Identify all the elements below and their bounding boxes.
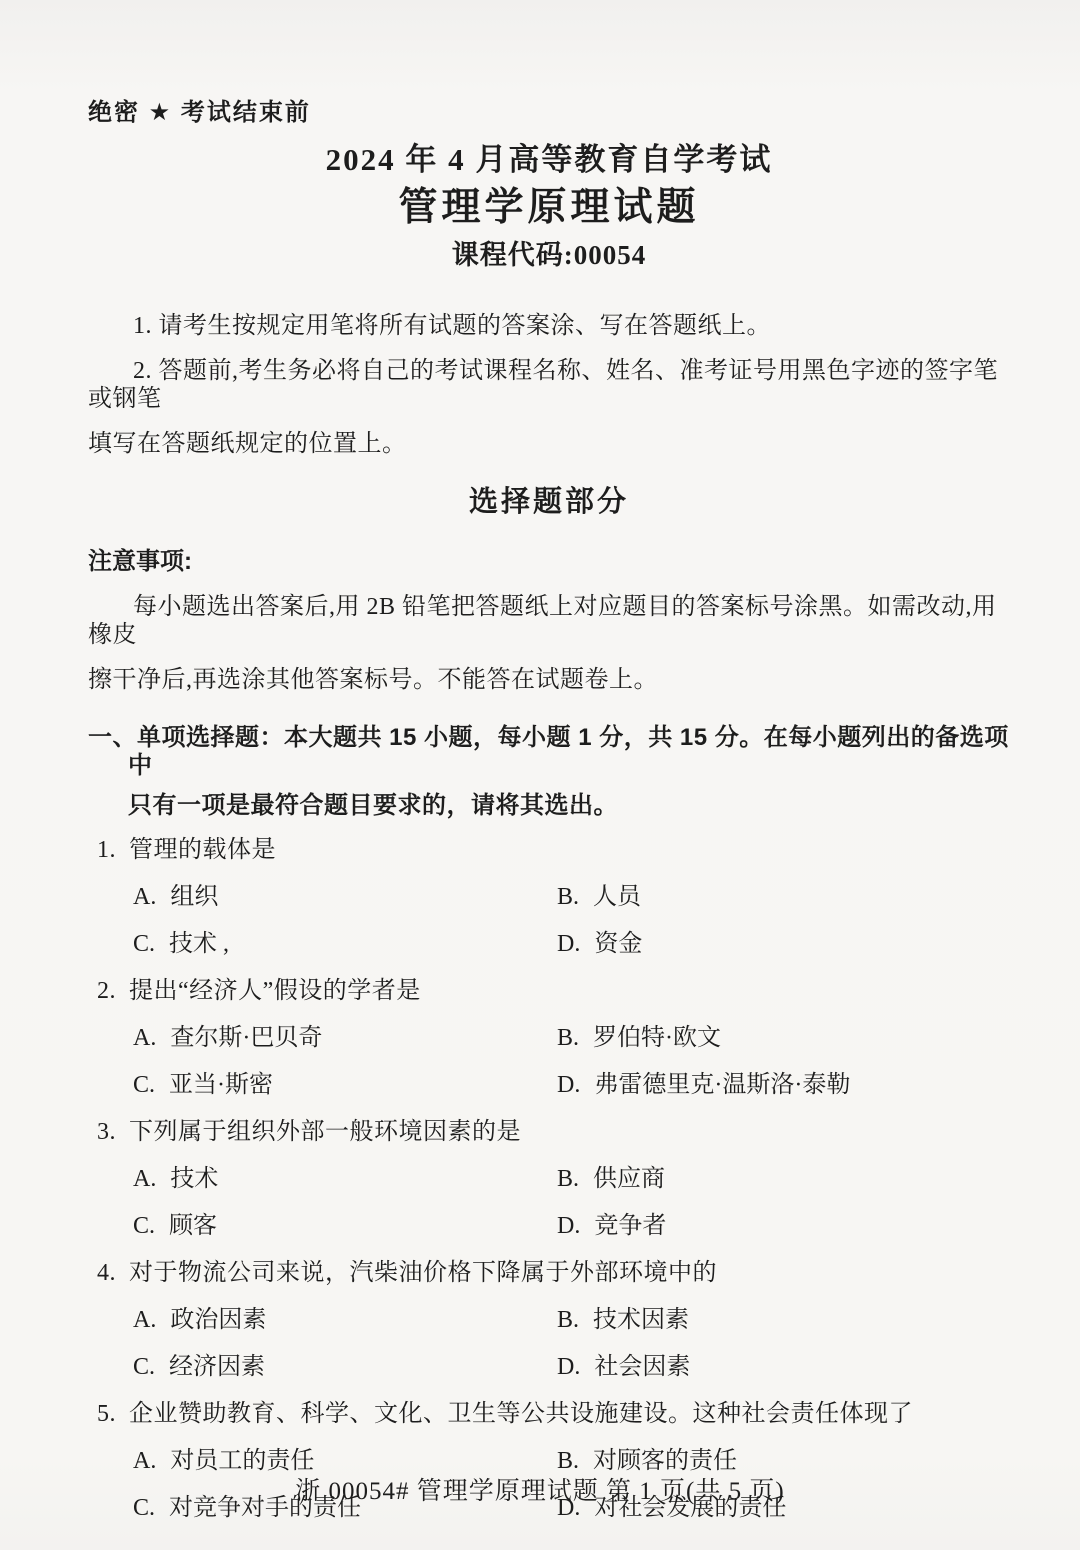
paper-title: 管理学原理试题 <box>88 182 1010 234</box>
question-1-title: 1.管理的载体是 <box>88 836 1010 864</box>
option-letter: B. <box>557 1166 579 1192</box>
question-5-option-a: A.对员工的责任 <box>133 1447 557 1475</box>
option-text: 经济因素 <box>169 1354 265 1380</box>
option-text: 顾客 <box>169 1213 217 1239</box>
option-letter: B. <box>557 1025 579 1051</box>
question-text: 企业赞助教育、科学、文化、卫生等公共设施建设。这种社会责任体现了 <box>129 1401 913 1427</box>
option-letter: A. <box>133 1025 156 1051</box>
option-text: 亚当·斯密 <box>169 1072 273 1098</box>
option-letter: B. <box>557 1448 579 1474</box>
question-4-option-b: B.技术因素 <box>557 1306 1010 1334</box>
question-4-options-ab: A.政治因素 B.技术因素 <box>88 1306 1010 1334</box>
option-text: 弗雷德里克·温斯洛·泰勒 <box>594 1072 850 1098</box>
question-4-option-a: A.政治因素 <box>133 1306 557 1334</box>
option-letter: C. <box>133 1213 155 1239</box>
question-3-option-b: B.供应商 <box>557 1165 1010 1193</box>
option-letter: B. <box>557 1307 579 1333</box>
question-2: 2.提出“经济人”假设的学者是 A.查尔斯·巴贝奇 B.罗伯特·欧文 C.亚当·… <box>88 977 1010 1099</box>
section-title: 选择题部分 <box>88 484 1010 520</box>
notice-line-1: 每小题选出答案后,用 2B 铅笔把答题纸上对应题目的答案标号涂黑。如需改动,用橡… <box>88 593 1010 649</box>
notice-heading: 注意事项: <box>88 548 1010 576</box>
option-letter: D. <box>557 1213 580 1239</box>
question-3-option-d: D.竞争者 <box>557 1212 1010 1240</box>
instruction-item-2-line-1: 2. 答题前,考生务必将自己的考试课程名称、姓名、准考证号用黑色字迹的签字笔或钢… <box>88 357 1010 413</box>
question-4-option-d: D.社会因素 <box>557 1353 1010 1381</box>
option-text: 技术 <box>170 1166 218 1192</box>
question-text: 对于物流公司来说，汽柴油价格下降属于外部环境中的 <box>129 1260 717 1286</box>
option-text: 供应商 <box>593 1166 665 1192</box>
exam-title: 2024 年 4 月高等教育自学考试 <box>88 140 1010 180</box>
question-text: 提出“经济人”假设的学者是 <box>129 978 421 1004</box>
part-one-heading: 一、单项选择题：本大题共 15 小题，每小题 1 分，共 15 分。在每小题列出… <box>88 724 1010 820</box>
option-text: 技术因素 <box>593 1307 689 1333</box>
question-5-option-b: B.对顾客的责任 <box>557 1447 1010 1475</box>
option-text: 组织 <box>170 884 218 910</box>
question-2-options-cd: C.亚当·斯密 D.弗雷德里克·温斯洛·泰勒 <box>88 1071 1010 1099</box>
option-text: 政治因素 <box>170 1307 266 1333</box>
option-letter: A. <box>133 1166 156 1192</box>
option-letter: A. <box>133 884 156 910</box>
question-4-options-cd: C.经济因素 D.社会因素 <box>88 1353 1010 1381</box>
instruction-item-1: 1. 请考生按规定用笔将所有试题的答案涂、写在答题纸上。 <box>88 312 1010 340</box>
question-5-title: 5.企业赞助教育、科学、文化、卫生等公共设施建设。这种社会责任体现了 <box>88 1400 1010 1428</box>
instruction-item-2-line-2: 填写在答题纸规定的位置上。 <box>88 430 1010 458</box>
secrecy-label: 绝密 ★ 考试结束前 <box>88 98 1010 128</box>
question-number: 1. <box>97 837 116 863</box>
question-2-option-b: B.罗伯特·欧文 <box>557 1024 1010 1052</box>
option-letter: A. <box>133 1448 156 1474</box>
option-letter: B. <box>557 884 579 910</box>
question-1: 1.管理的载体是 A.组织 B.人员 C.技术 , D.资金 <box>88 836 1010 958</box>
option-text: 竞争者 <box>594 1213 666 1239</box>
question-1-option-a: A.组织 <box>133 883 557 911</box>
option-letter: A. <box>133 1307 156 1333</box>
course-code: 课程代码:00054 <box>88 236 1010 274</box>
question-1-option-b: B.人员 <box>557 883 1010 911</box>
question-3-option-a: A.技术 <box>133 1165 557 1193</box>
question-list: 1.管理的载体是 A.组织 B.人员 C.技术 , D.资金 <box>88 836 1010 1522</box>
notice-line-2: 擦干净后,再选涂其他答案标号。不能答在试题卷上。 <box>88 666 1010 694</box>
question-1-options-cd: C.技术 , D.资金 <box>88 930 1010 958</box>
option-letter: C. <box>133 931 155 957</box>
question-1-option-c: C.技术 , <box>133 930 557 958</box>
question-number: 4. <box>97 1260 116 1286</box>
part-one-heading-line-1: 一、单项选择题：本大题共 15 小题，每小题 1 分，共 15 分。在每小题列出… <box>128 724 1010 780</box>
question-3-options-ab: A.技术 B.供应商 <box>88 1165 1010 1193</box>
option-text: 查尔斯·巴贝奇 <box>170 1025 322 1051</box>
question-3-option-c: C.顾客 <box>133 1212 557 1240</box>
option-text: 技术 , <box>169 931 229 957</box>
question-2-option-c: C.亚当·斯密 <box>133 1071 557 1099</box>
part-one-heading-line-2: 只有一项是最符合题目要求的，请将其选出。 <box>128 792 1010 820</box>
option-text: 对员工的责任 <box>170 1448 314 1474</box>
option-letter: C. <box>133 1072 155 1098</box>
question-3-options-cd: C.顾客 D.竞争者 <box>88 1212 1010 1240</box>
question-3: 3.下列属于组织外部一般环境因素的是 A.技术 B.供应商 C.顾客 D.竞争者 <box>88 1118 1010 1240</box>
question-4: 4.对于物流公司来说，汽柴油价格下降属于外部环境中的 A.政治因素 B.技术因素… <box>88 1259 1010 1381</box>
option-text: 资金 <box>594 931 642 957</box>
question-4-option-c: C.经济因素 <box>133 1353 557 1381</box>
exam-paper-page: 绝密 ★ 考试结束前 2024 年 4 月高等教育自学考试 管理学原理试题 课程… <box>0 0 1080 1550</box>
option-text: 社会因素 <box>594 1354 690 1380</box>
question-text: 管理的载体是 <box>129 837 276 863</box>
question-number: 5. <box>97 1401 116 1427</box>
question-3-title: 3.下列属于组织外部一般环境因素的是 <box>88 1118 1010 1146</box>
option-letter: D. <box>557 931 580 957</box>
question-5-options-ab: A.对员工的责任 B.对顾客的责任 <box>88 1447 1010 1475</box>
option-text: 人员 <box>593 884 641 910</box>
option-text: 罗伯特·欧文 <box>593 1025 721 1051</box>
general-instructions: 1. 请考生按规定用笔将所有试题的答案涂、写在答题纸上。 2. 答题前,考生务必… <box>88 312 1010 458</box>
option-letter: C. <box>133 1354 155 1380</box>
question-2-option-d: D.弗雷德里克·温斯洛·泰勒 <box>557 1071 1010 1099</box>
page-footer: 浙 00054# 管理学原理试题 第 1 页(共 5 页) <box>0 1476 1080 1508</box>
notice-paragraph: 每小题选出答案后,用 2B 铅笔把答题纸上对应题目的答案标号涂黑。如需改动,用橡… <box>88 593 1010 694</box>
question-2-option-a: A.查尔斯·巴贝奇 <box>133 1024 557 1052</box>
option-letter: D. <box>557 1072 580 1098</box>
question-number: 2. <box>97 978 116 1004</box>
question-2-title: 2.提出“经济人”假设的学者是 <box>88 977 1010 1005</box>
question-4-title: 4.对于物流公司来说，汽柴油价格下降属于外部环境中的 <box>88 1259 1010 1287</box>
question-text: 下列属于组织外部一般环境因素的是 <box>129 1119 521 1145</box>
option-text: 对顾客的责任 <box>593 1448 737 1474</box>
question-1-option-d: D.资金 <box>557 930 1010 958</box>
question-1-options-ab: A.组织 B.人员 <box>88 883 1010 911</box>
option-letter: D. <box>557 1354 580 1380</box>
question-2-options-ab: A.查尔斯·巴贝奇 B.罗伯特·欧文 <box>88 1024 1010 1052</box>
question-number: 3. <box>97 1119 116 1145</box>
